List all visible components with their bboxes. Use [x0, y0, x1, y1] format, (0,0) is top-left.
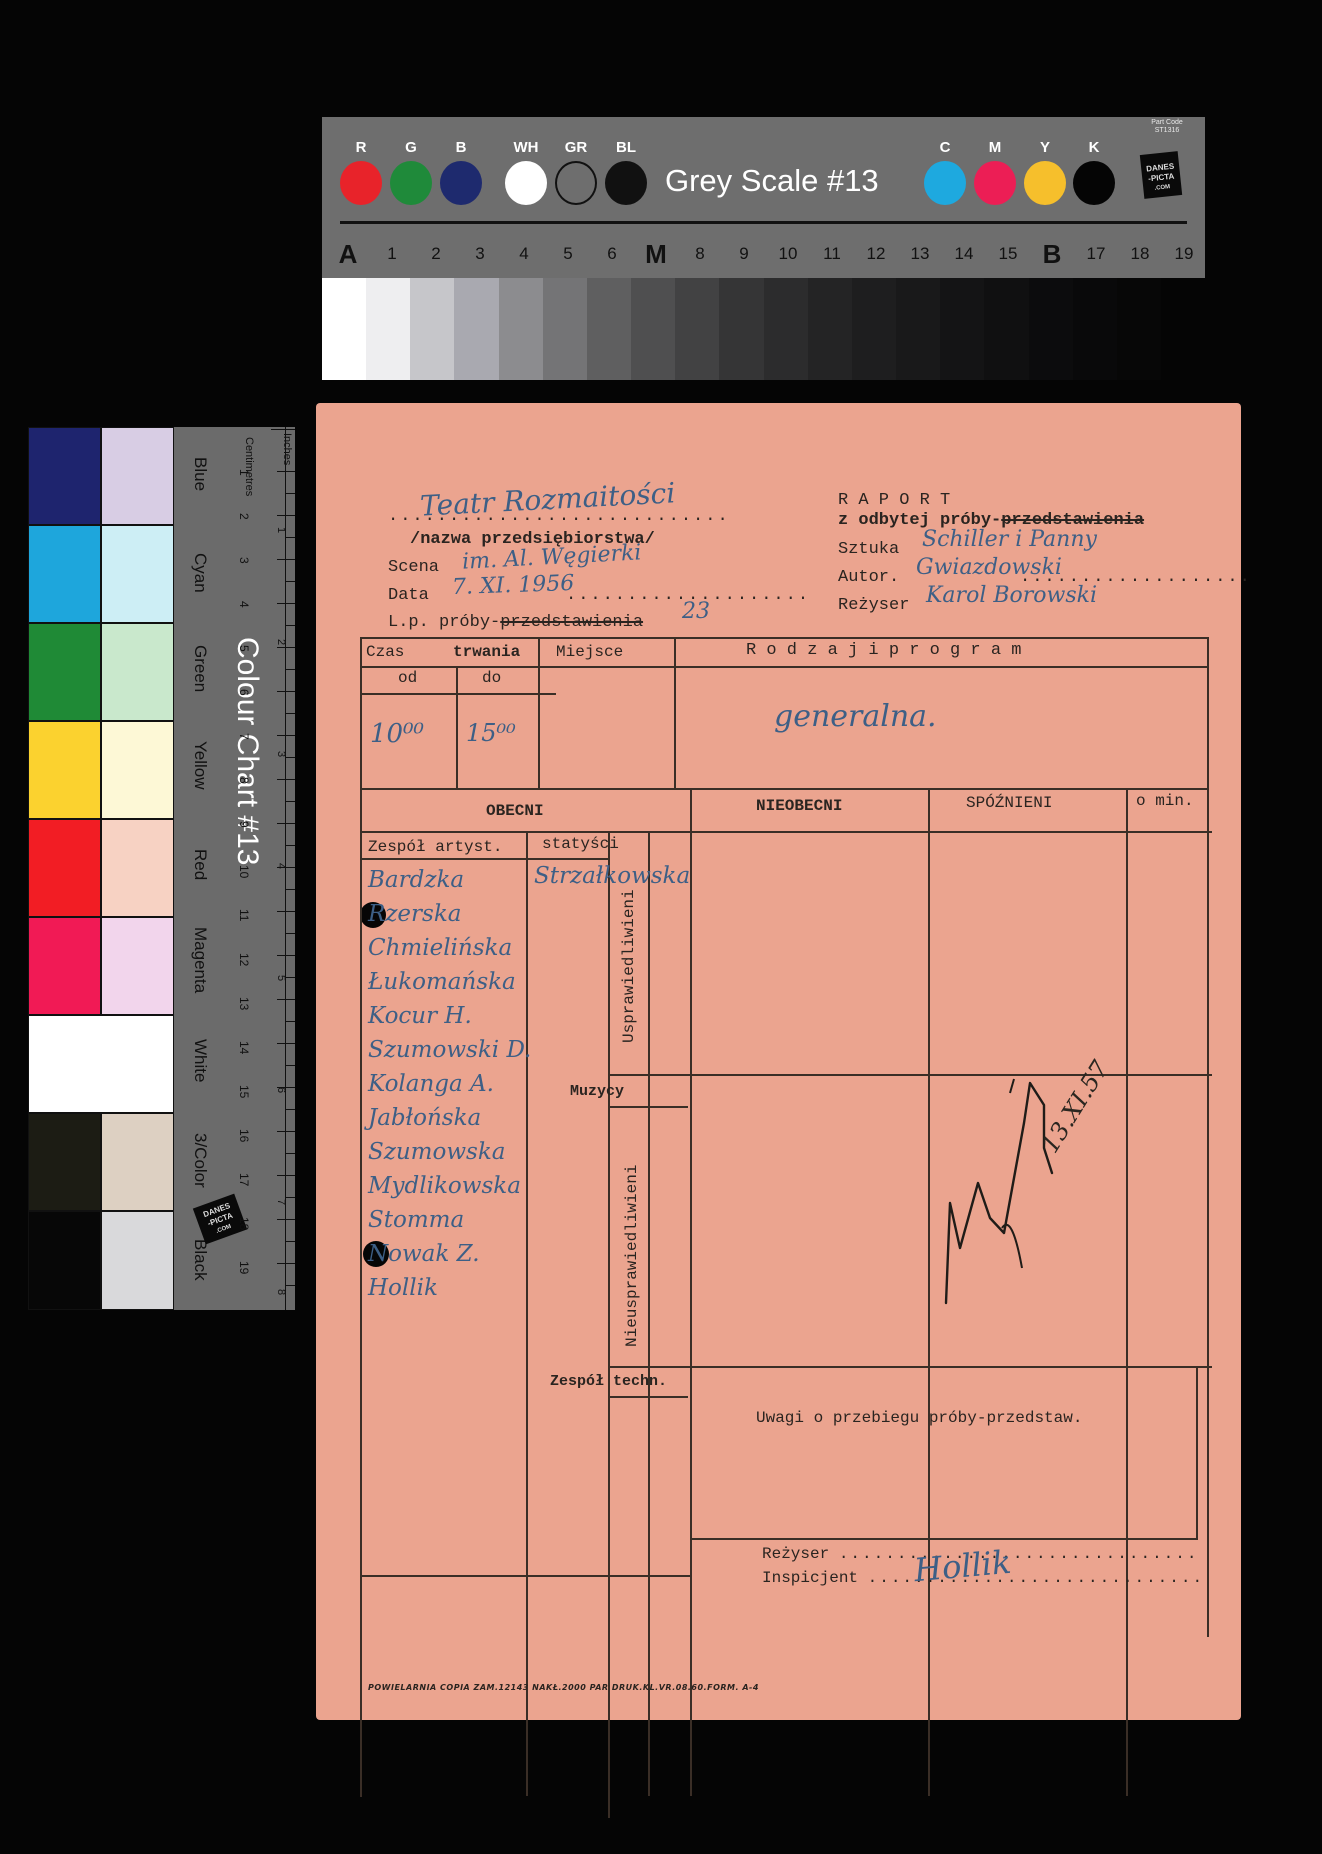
swatch-label: WH	[505, 137, 547, 159]
ruler-tick	[285, 493, 295, 494]
colour-patch	[101, 1211, 174, 1310]
data-value: 7. XI. 1956	[452, 571, 575, 600]
grey-patch	[499, 278, 543, 380]
grey-patch	[719, 278, 763, 380]
grey-scale-title: Grey Scale #13	[665, 163, 879, 199]
table-rule	[608, 831, 610, 1818]
cm-mark: 4	[237, 601, 251, 608]
swatch-dot	[1024, 161, 1066, 205]
ruler-tick	[285, 1065, 295, 1066]
swatch-label: GR	[555, 137, 597, 159]
swatch-label: B	[440, 137, 482, 159]
danes-picta-logo: DANES -PICTA .COM	[1140, 151, 1182, 199]
actor-name: Nowak Z.	[368, 1237, 531, 1271]
colour-row-labels: Blue Cyan Green Yellow Red Magenta White…	[176, 427, 216, 1310]
ruler-tick	[277, 911, 295, 912]
rezyser-value: Karol Borowski	[926, 583, 1097, 608]
colour-patch	[28, 427, 101, 525]
ruler-tick	[277, 1263, 295, 1264]
swatch-label: M	[974, 137, 1016, 159]
ruler-tick	[285, 713, 295, 714]
table-border	[360, 637, 362, 1797]
cm-mark: 2	[237, 513, 251, 520]
colour-row-yellow	[28, 721, 174, 819]
scale-label: 18	[1118, 239, 1162, 269]
colour-chart-card: Blue Cyan Green Yellow Red Magenta White…	[28, 427, 295, 1310]
o-min-label: o min.	[1136, 792, 1194, 810]
data-label: Data	[388, 586, 429, 605]
colour-label: Green	[190, 645, 210, 692]
colour-patch	[28, 819, 101, 917]
grey-patch	[675, 278, 719, 380]
swatch-bl: BL	[605, 137, 647, 205]
swatch-dot	[605, 161, 647, 205]
ruler-tick	[277, 1043, 295, 1044]
ruler-tick	[277, 779, 295, 780]
ruler-tick	[277, 1131, 295, 1132]
colour-row-white	[28, 1015, 174, 1113]
rezyser-label: Reżyser	[838, 596, 909, 615]
grey-patch	[1161, 278, 1205, 380]
scale-label: 2	[414, 239, 458, 269]
scale-label: 9	[722, 239, 766, 269]
colour-row-magenta	[28, 917, 174, 1015]
ruler-tick	[277, 735, 295, 736]
actor-name: Łukomańska	[368, 965, 531, 999]
ruler-tick	[277, 1087, 295, 1088]
ruler-tick	[285, 845, 295, 846]
colour-patch	[28, 917, 101, 1015]
ruler-tick	[285, 757, 295, 758]
ruler-tick	[285, 801, 295, 802]
actor-name: Stomma	[368, 1203, 531, 1237]
divider	[340, 221, 1187, 224]
statysci-label: statyści	[542, 835, 619, 853]
colour-row-black	[28, 1211, 174, 1310]
ruler-tick	[277, 515, 295, 516]
colour-patch	[28, 721, 101, 819]
cm-mark: 12	[237, 953, 251, 966]
ruler-tick	[285, 1109, 295, 1110]
grey-patch	[454, 278, 498, 380]
sztuka-value: Schiller i Panny	[922, 527, 1097, 552]
cm-mark: 17	[237, 1173, 251, 1186]
grey-patch	[1029, 278, 1073, 380]
cm-mark: 18	[237, 1217, 251, 1230]
scale-label: 5	[546, 239, 590, 269]
grey-patch	[764, 278, 808, 380]
swatch-r: R	[340, 137, 382, 205]
colour-row-cyan	[28, 525, 174, 623]
ruler-tick	[277, 559, 295, 560]
colour-label: 3/Color	[190, 1133, 210, 1188]
grey-patch	[322, 278, 366, 380]
ruler-tick	[285, 1285, 295, 1286]
scale-label: 1	[370, 239, 414, 269]
ruler-tick	[277, 1175, 295, 1176]
cm-mark: 19	[237, 1261, 251, 1274]
scale-label: 10	[766, 239, 810, 269]
czas-label: Czas	[366, 643, 404, 661]
ruler-tick	[277, 647, 295, 648]
table-rule	[456, 666, 458, 788]
colour-patch	[101, 917, 174, 1015]
colour-row-green	[28, 623, 174, 721]
colour-patch	[28, 1211, 101, 1310]
ruler-tick	[285, 625, 295, 626]
scena-label: Scena	[388, 558, 439, 577]
obecni-label: OBECNI	[486, 802, 544, 820]
scale-label: 4	[502, 239, 546, 269]
table-rule	[608, 1366, 1212, 1368]
ruler-unit-inches: Inches	[281, 433, 293, 465]
cm-mark: 6	[237, 689, 251, 696]
actor-name: Kolanga A.	[368, 1067, 531, 1101]
scale-label: 3	[458, 239, 502, 269]
colour-patch	[101, 623, 174, 721]
actor-name: Szumowski D.	[368, 1033, 531, 1067]
swatch-k: K	[1073, 137, 1115, 205]
grey-patch	[543, 278, 587, 380]
ruler-tick	[285, 581, 295, 582]
ruler-tick	[285, 1021, 295, 1022]
do-label: do	[482, 669, 501, 687]
swatch-m: M	[974, 137, 1016, 205]
cm-mark: 3	[237, 557, 251, 564]
swatch-label: G	[390, 137, 432, 159]
scale-label: 14	[942, 239, 986, 269]
colour-label: Magenta	[190, 927, 210, 993]
scale-label: B	[1030, 239, 1074, 269]
scale-label: 12	[854, 239, 898, 269]
statysci-list: Strzałkowska	[534, 863, 690, 889]
scale-label: 17	[1074, 239, 1118, 269]
swatch-dot	[974, 161, 1016, 205]
ruler-tick	[277, 999, 295, 1000]
table-border	[360, 637, 1207, 639]
ruler: Centimetres Inches 1 2 3 4 5 6 7 8 9 10 …	[241, 427, 295, 1310]
rodzaj-label: R o d z a j i p r o g r a m	[746, 641, 1021, 660]
colour-patch	[101, 721, 174, 819]
table-rule	[360, 858, 608, 860]
colour-patch	[101, 1113, 174, 1211]
scale-labels: A 1 2 3 4 5 6 M 8 9 10 11 12 13 14 15 B …	[322, 239, 1205, 269]
rehearsal-report-form: Teatr Rozmaitości ......................…	[316, 403, 1241, 1720]
scale-label: M	[634, 239, 678, 269]
actor-name: Szumowska	[368, 1135, 531, 1169]
colour-patch	[101, 427, 174, 525]
colour-label: Black	[190, 1239, 210, 1281]
table-rule	[538, 637, 540, 788]
table-rule	[928, 788, 930, 1796]
swatch-b: B	[440, 137, 482, 205]
zespol-artyst-list: Bardzka Rzerska Chmielińska Łukomańska K…	[368, 863, 531, 1305]
muzycy-label: Muzycy	[570, 1083, 624, 1100]
grey-patch	[852, 278, 896, 380]
ruler-unit-cm: Centimetres	[243, 437, 255, 496]
colour-label: Yellow	[190, 741, 210, 790]
cm-mark: 13	[237, 997, 251, 1010]
swatch-label: Y	[1024, 137, 1066, 159]
table-rule	[690, 1538, 1198, 1540]
swatch-label: R	[340, 137, 382, 159]
table-rule	[608, 1396, 688, 1398]
cm-mark: 14	[237, 1041, 251, 1054]
ruler-tick	[277, 867, 295, 868]
actor-name: Bardzka	[368, 863, 531, 897]
cm-mark: 9	[237, 821, 251, 828]
swatch-dot	[1073, 161, 1115, 205]
ruler-tick	[285, 1153, 295, 1154]
ruler-tick	[277, 603, 295, 604]
ruler-tick	[285, 1241, 295, 1242]
grey-patch	[366, 278, 410, 380]
colour-patch	[28, 525, 101, 623]
ruler-tick	[285, 933, 295, 934]
actor-name: Kocur H.	[368, 999, 531, 1033]
swatch-dot	[390, 161, 432, 205]
swatch-label: K	[1073, 137, 1115, 159]
spoznieni-label: SPÓŹNIENI	[966, 794, 1052, 812]
ruler-tick	[285, 537, 295, 538]
swatch-c: C	[924, 137, 966, 205]
cm-mark: 1	[237, 469, 251, 476]
grey-patch	[631, 278, 675, 380]
actor-name: Rzerska	[368, 897, 531, 931]
swatch-g: G	[390, 137, 432, 205]
table-rule	[360, 831, 1212, 833]
company-dots: ............................	[388, 507, 730, 526]
ruler-tick	[277, 691, 295, 692]
colour-patch	[28, 623, 101, 721]
table-rule	[360, 693, 556, 695]
cm-mark: 15	[237, 1085, 251, 1098]
footer-inspicjent-label: Inspicjent	[762, 1569, 858, 1587]
sztuka-label: Sztuka	[838, 540, 899, 559]
extra-name: Strzałkowska	[534, 863, 690, 889]
grey-patch	[1073, 278, 1117, 380]
colour-row-blue	[28, 427, 174, 525]
grey-patch	[896, 278, 940, 380]
grey-patch	[940, 278, 984, 380]
colour-patch	[28, 1113, 101, 1211]
grey-scale-card: Part Code ST1316 R G B WH GR BL C M Y K …	[322, 117, 1205, 380]
swatch-gr: GR	[555, 137, 597, 205]
od-value: 10⁰⁰	[370, 719, 424, 749]
trwania-label: trwania	[453, 643, 520, 661]
lp-label: L.p. próby-przedstawienia	[388, 613, 643, 632]
table-rule	[690, 788, 692, 1796]
colour-row-3color	[28, 1113, 174, 1211]
scale-label: 15	[986, 239, 1030, 269]
colour-patch	[101, 525, 174, 623]
ruler-tick	[285, 977, 295, 978]
swatch-label: BL	[605, 137, 647, 159]
grey-patch	[410, 278, 454, 380]
swatch-dot	[505, 161, 547, 205]
swatch-dot	[440, 161, 482, 205]
colour-label: Cyan	[190, 553, 210, 593]
scale-label: 6	[590, 239, 634, 269]
cm-mark: 10	[237, 865, 251, 878]
swatch-wh: WH	[505, 137, 547, 205]
part-code-label: Part Code	[1137, 119, 1197, 127]
scale-label: 19	[1162, 239, 1206, 269]
miejsce-label: Miejsce	[556, 643, 623, 661]
od-label: od	[398, 669, 417, 687]
colour-patch	[101, 819, 174, 917]
grey-patch	[1117, 278, 1161, 380]
signature-scribble	[932, 1053, 1132, 1313]
swatch-label: C	[924, 137, 966, 159]
swatch-dot	[340, 161, 382, 205]
ruler-tick	[277, 823, 295, 824]
grey-patch	[984, 278, 1028, 380]
actor-name: Mydlikowska	[368, 1169, 531, 1203]
ruler-tick	[277, 1219, 295, 1220]
footer-rezyser-label: Reżyser	[762, 1545, 829, 1563]
grey-patch	[587, 278, 631, 380]
actor-name: Hollik	[368, 1271, 531, 1305]
table-border	[1196, 1366, 1198, 1540]
scale-label: 8	[678, 239, 722, 269]
scale-label: A	[326, 239, 370, 269]
do-value: 15⁰⁰	[466, 719, 516, 747]
table-border	[360, 1575, 692, 1577]
usprawiedliwieni-label: Usprawiedliwieni	[620, 889, 638, 1043]
cm-mark: 5	[237, 645, 251, 652]
colour-patch	[28, 1015, 174, 1113]
ruler-edge	[285, 427, 286, 1310]
table-rule	[674, 637, 676, 788]
print-note: POWIELARNIA COPIA ZAM.12143 NAKŁ.2000 PA…	[368, 1683, 759, 1692]
ruler-tick	[285, 1197, 295, 1198]
cm-mark: 7	[237, 733, 251, 740]
ruler-tick	[271, 429, 295, 430]
ruler-tick	[285, 669, 295, 670]
colour-patch-grid	[28, 427, 174, 1310]
colour-label: Blue	[190, 457, 210, 491]
part-code-value: ST1316	[1137, 127, 1197, 135]
zespol-techn-label: Zespół techn.	[550, 1373, 667, 1390]
part-code: Part Code ST1316	[1137, 119, 1197, 135]
cm-mark: 8	[237, 777, 251, 784]
table-rule	[648, 831, 650, 1796]
nieobecni-label: NIEOBECNI	[756, 797, 842, 815]
ruler-tick	[285, 889, 295, 890]
colour-label: White	[190, 1039, 210, 1082]
nieusprawiedliwieni-label: Nieusprawiedliwieni	[623, 1165, 641, 1347]
table-border	[1207, 637, 1209, 1637]
swatch-y: Y	[1024, 137, 1066, 205]
footer-rezyser-dots: ...............................	[839, 1545, 1199, 1563]
scale-label: 13	[898, 239, 942, 269]
lp-label-text: L.p. próby-	[388, 613, 500, 632]
ruler-tick	[277, 955, 295, 956]
report-title: R A P O R T	[838, 491, 950, 510]
swatch-dot	[555, 161, 597, 205]
table-rule	[360, 666, 1207, 668]
table-rule	[608, 1106, 688, 1108]
rodzaj-value: generalna.	[774, 699, 937, 734]
table-rule	[360, 788, 1207, 790]
grey-patch	[808, 278, 852, 380]
grey-patch-strip	[322, 278, 1205, 380]
zespol-artyst-label: Zespół artyst.	[368, 838, 502, 856]
actor-name: Chmielińska	[368, 931, 531, 965]
swatch-dot	[924, 161, 966, 205]
scale-label: 11	[810, 239, 854, 269]
uwagi-label: Uwagi o przebiegu próby-przedstaw.	[756, 1409, 1082, 1427]
colour-label: Red	[190, 849, 210, 880]
actor-name: Jabłońska	[368, 1101, 531, 1135]
colour-row-red	[28, 819, 174, 917]
lp-struck-text: przedstawienia	[500, 613, 643, 632]
cm-mark: 16	[237, 1129, 251, 1142]
ruler-tick	[277, 471, 295, 472]
cm-mark: 11	[237, 909, 251, 921]
autor-label: Autor.	[838, 568, 899, 587]
lp-value: 23	[682, 599, 710, 624]
